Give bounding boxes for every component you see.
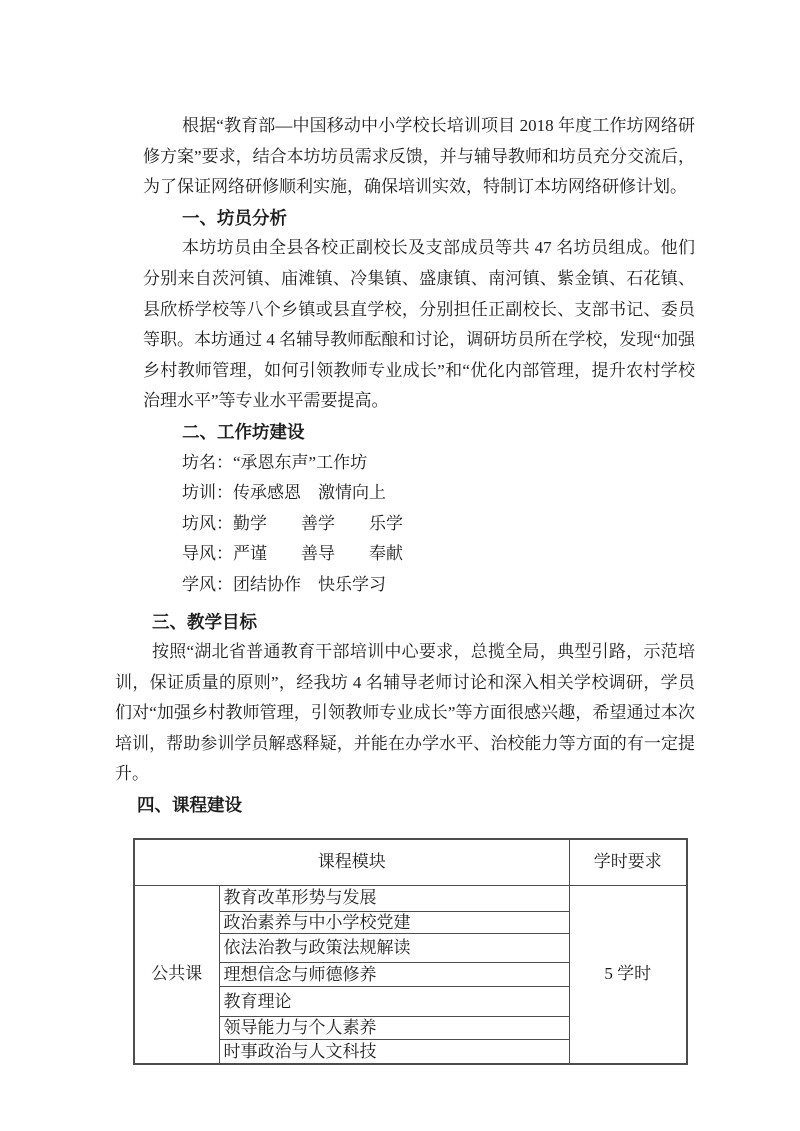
course-cell: 理想信念与师德修养	[219, 963, 569, 987]
category-cell: 公共课	[134, 885, 219, 1064]
heading-course-construction: 四、课程建设	[137, 790, 695, 821]
intro-paragraph: 根据“教育部—中国移动中小学校长培训项目 2018 年度工作坊网络研修方案”要求…	[143, 111, 695, 203]
table-header-row: 课程模块 学时要求	[134, 839, 687, 886]
course-table: 课程模块 学时要求 公共课 教育改革形势与发展 5 学时 政治素养与中小学校党建…	[133, 838, 688, 1065]
course-cell: 政治素养与中小学校党建	[219, 911, 569, 934]
table-header-hours: 学时要求	[569, 839, 687, 886]
document-page: 根据“教育部—中国移动中小学校长培训项目 2018 年度工作坊网络研修方案”要求…	[0, 0, 800, 1131]
course-cell: 时事政治与人文科技	[219, 1040, 569, 1064]
mentor-style-line: 导风：严谨 善导 奉献	[182, 539, 695, 570]
course-cell: 教育理论	[219, 987, 569, 1017]
table-header-module: 课程模块	[134, 839, 569, 886]
teaching-goal-paragraph: 按照“湖北省普通教育干部培训中心要求，总揽全局，典型引路，示范培训，保证质量的原…	[115, 637, 695, 790]
workshop-motto-line: 坊训：传承感恩 激情向上	[182, 478, 695, 509]
course-cell: 教育改革形势与发展	[219, 885, 569, 911]
workshop-style-line: 坊风：勤学 善学 乐学	[182, 509, 695, 540]
member-analysis-paragraph: 本坊坊员由全县各校正副校长及支部成员等共 47 名坊员组成。他们分别来自茨河镇、…	[143, 233, 695, 417]
workshop-name-line: 坊名：“承恩东声”工作坊	[182, 448, 695, 479]
heading-workshop-construction: 二、工作坊建设	[182, 417, 695, 448]
hours-cell: 5 学时	[569, 885, 687, 1064]
course-cell: 依法治教与政策法规解读	[219, 934, 569, 963]
table-row: 公共课 教育改革形势与发展 5 学时	[134, 885, 687, 911]
heading-member-analysis: 一、坊员分析	[182, 203, 695, 234]
heading-teaching-goal: 三、教学目标	[152, 607, 695, 638]
study-style-line: 学风：团结协作 快乐学习	[182, 570, 695, 601]
course-cell: 领导能力与个人素养	[219, 1017, 569, 1040]
